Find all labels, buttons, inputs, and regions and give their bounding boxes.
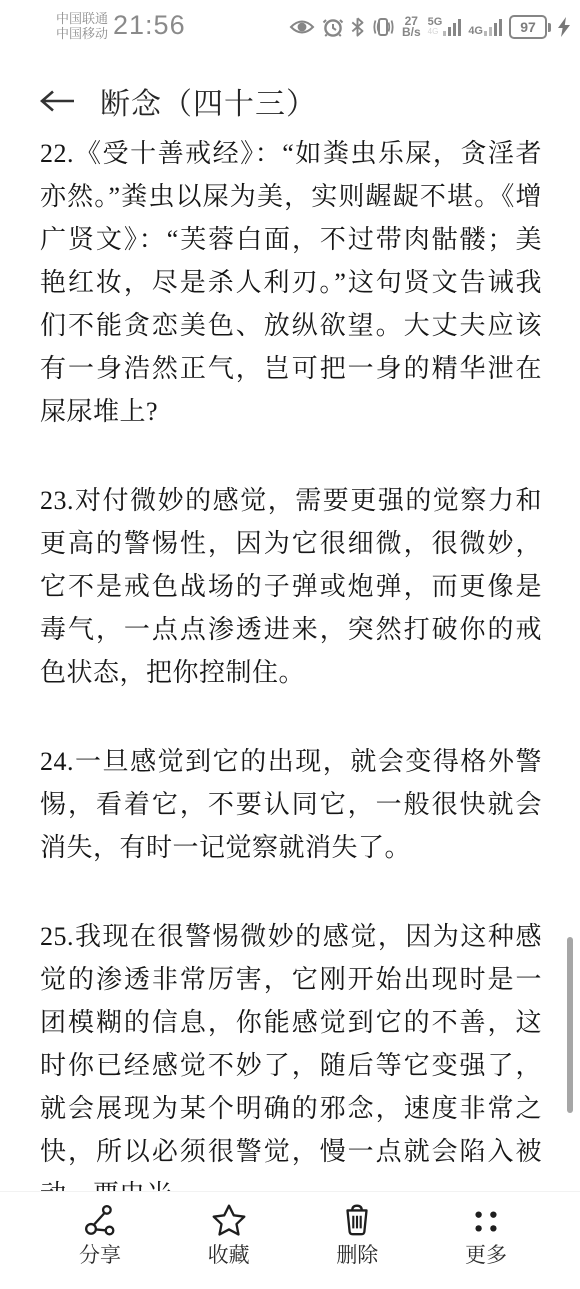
share-button[interactable]: 分享 bbox=[48, 1202, 152, 1289]
network-speed-unit: B/s bbox=[402, 27, 421, 38]
vibrate-icon bbox=[371, 17, 395, 37]
scrollbar-thumb[interactable] bbox=[567, 937, 573, 1113]
share-label: 分享 bbox=[79, 1243, 121, 1267]
more-button[interactable]: 更多 bbox=[434, 1202, 538, 1289]
back-arrow-icon bbox=[38, 88, 76, 114]
status-left-group: 中国联通 中国移动 21:56 bbox=[56, 10, 186, 41]
carrier-name-secondary: 中国移动 bbox=[56, 26, 108, 41]
trash-icon bbox=[338, 1202, 376, 1240]
more-dots-icon bbox=[467, 1202, 505, 1240]
back-button[interactable] bbox=[38, 88, 76, 114]
sim1-network-label: 5G bbox=[428, 18, 443, 27]
sim1-signal: 5G 4G bbox=[428, 18, 462, 36]
status-time: 21:56 bbox=[113, 10, 186, 41]
status-bar: 中国联通 中国移动 21:56 bbox=[0, 0, 580, 60]
bluetooth-icon bbox=[351, 17, 364, 37]
delete-button[interactable]: 删除 bbox=[305, 1202, 409, 1289]
signal-bars-icon bbox=[484, 19, 502, 36]
share-icon bbox=[81, 1202, 119, 1240]
status-right-group: 27 B/s 5G 4G 4G bbox=[289, 10, 570, 39]
paragraph-24: 24.一旦感觉到它的出现，就会变得格外警惕，看着它，不要认同它，一般很快就会消失… bbox=[40, 740, 542, 869]
battery-icon: 97 bbox=[509, 15, 551, 39]
more-label: 更多 bbox=[465, 1243, 507, 1267]
paragraph-25: 25.我现在很警惕微妙的感觉，因为这种感觉的渗透非常厉害，它刚开始出现时是一团模… bbox=[40, 915, 542, 1216]
page-title: 断念（四十三） bbox=[100, 79, 317, 123]
bottom-toolbar: 分享 收藏 删除 更多 bbox=[0, 1191, 580, 1289]
sim1-fallback-label: 4G bbox=[428, 27, 439, 36]
sim2-network-label: 4G bbox=[468, 27, 483, 36]
charging-bolt-icon bbox=[558, 17, 570, 37]
battery-percent: 97 bbox=[520, 19, 536, 35]
eye-protection-icon bbox=[289, 18, 315, 36]
network-speed-indicator: 27 B/s bbox=[402, 16, 421, 38]
article-body: 22.《受十善戒经》：“如粪虫乐屎，贪淫者亦然。”粪虫以屎为美，实则龌龊不堪。《… bbox=[40, 132, 542, 1262]
paragraph-23: 23.对付微妙的感觉，需要更强的觉察力和更高的警惕性，因为它很细微，很微妙，它不… bbox=[40, 479, 542, 694]
battery-nub bbox=[548, 23, 551, 32]
title-bar: 断念（四十三） bbox=[38, 76, 560, 126]
favorite-label: 收藏 bbox=[208, 1243, 250, 1267]
carrier-labels: 中国联通 中国移动 bbox=[56, 11, 108, 41]
carrier-name-primary: 中国联通 bbox=[56, 11, 108, 26]
delete-label: 删除 bbox=[336, 1243, 378, 1267]
paragraph-22: 22.《受十善戒经》：“如粪虫乐屎，贪淫者亦然。”粪虫以屎为美，实则龌龊不堪。《… bbox=[40, 132, 542, 433]
alarm-icon bbox=[322, 17, 344, 37]
signal-bars-icon bbox=[443, 19, 461, 36]
favorite-button[interactable]: 收藏 bbox=[177, 1202, 281, 1289]
sim2-signal: 4G bbox=[468, 19, 502, 36]
star-icon bbox=[210, 1202, 248, 1240]
